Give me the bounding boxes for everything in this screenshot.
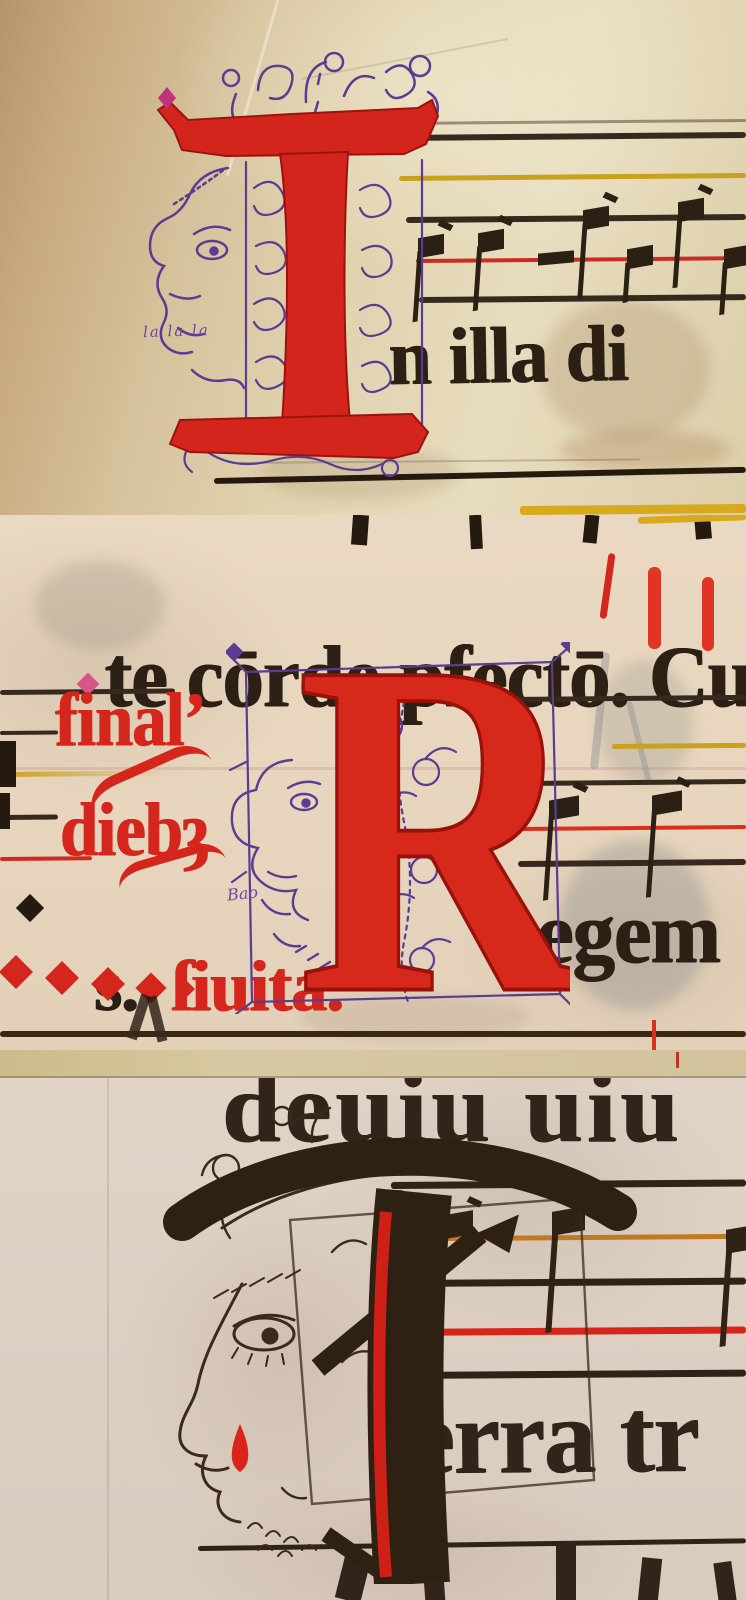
- illuminated-initial-I: [128, 32, 458, 480]
- neume: [726, 1224, 746, 1254]
- marginal-scribble: Bao: [226, 882, 259, 904]
- initial-letter-value: I: [0, 0, 1, 1]
- illuminated-initial-T: [162, 1072, 640, 1584]
- grotesque-face: [180, 1270, 316, 1556]
- rubric-stroke: [648, 567, 661, 649]
- neume: [538, 250, 574, 265]
- red-tick: [652, 1020, 656, 1050]
- initial-letter: R: [296, 642, 570, 1014]
- red-stripe: [379, 1212, 386, 1577]
- manuscript-photo-montage: I n illa di: [0, 0, 746, 1600]
- staff-line-yellow: [520, 504, 746, 515]
- initial-letter-body: [158, 100, 438, 458]
- marginal-scribble: la la la: [143, 321, 210, 341]
- manuscript-panel-middle: te cōrde pfectō. Cu final’ diebȝ s. ſiui…: [0, 515, 746, 1050]
- staff-line: [0, 730, 58, 735]
- rubric-stroke: [702, 577, 714, 651]
- cropped-letter: [713, 1561, 736, 1600]
- cropped-ascender: [351, 515, 369, 546]
- neume: [583, 206, 609, 231]
- cropped-neume: [0, 793, 10, 829]
- cropped-letter: [638, 1557, 662, 1600]
- manuscript-panel-top: I n illa di: [0, 0, 746, 515]
- red-tick: [676, 1052, 679, 1068]
- illuminated-initial-R: R: [226, 642, 570, 1014]
- grotesque-face: [150, 168, 244, 388]
- manuscript-panel-bottom: T deuiu uiu erra tr: [0, 1050, 746, 1600]
- crease: [107, 1050, 109, 1600]
- cropped-neume: [0, 741, 16, 787]
- neume: [652, 790, 682, 815]
- cropped-ascender: [469, 515, 483, 549]
- initial-letter-body: [182, 1157, 618, 1584]
- neume: [627, 245, 653, 270]
- staff-line-yellow: [638, 515, 746, 524]
- chant-text-rubricated: Cu: [649, 629, 746, 726]
- neume: [724, 245, 746, 270]
- stain: [560, 430, 730, 470]
- cropped-ascender: [583, 515, 600, 544]
- red-teardrop: [232, 1424, 249, 1472]
- ruled-line: [0, 1031, 746, 1037]
- neume: [478, 229, 504, 254]
